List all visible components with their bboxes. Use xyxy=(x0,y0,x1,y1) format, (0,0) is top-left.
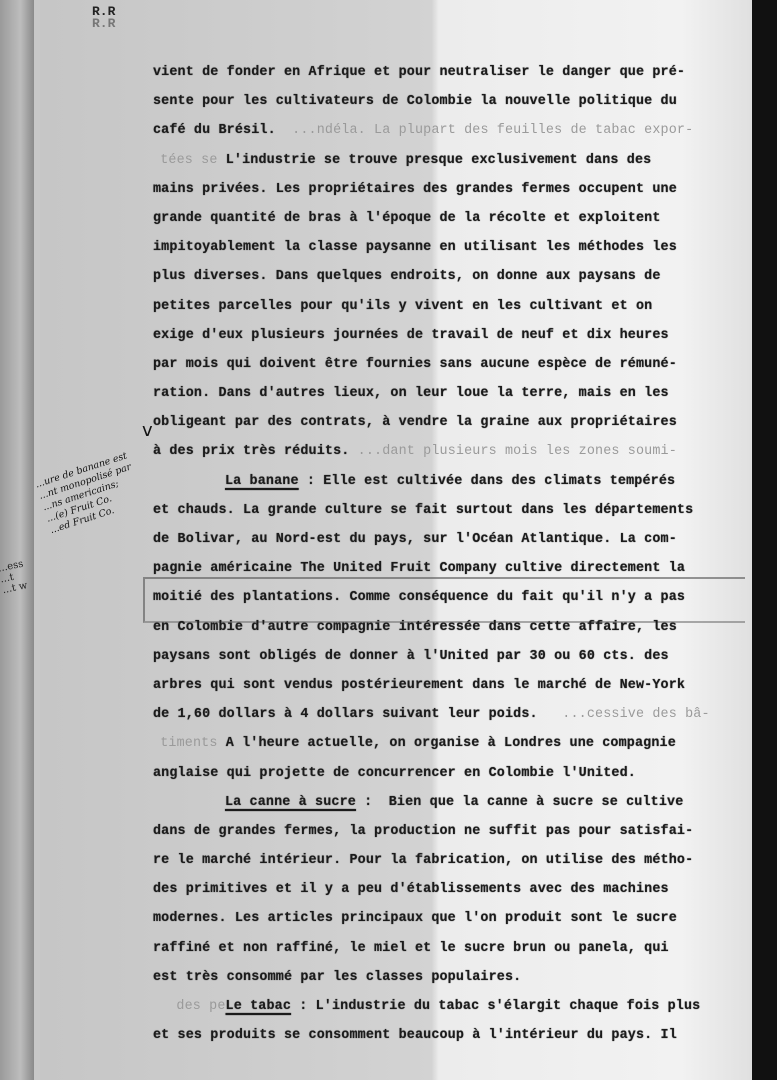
line-text: ration. Dans d'autres lieux, on leur lou… xyxy=(153,386,669,401)
line-text: pagnie américaine The United Fruit Compa… xyxy=(153,561,685,576)
text-line: moitié des plantations. Comme conséquenc… xyxy=(153,583,743,612)
text-line: et chauds. La grande culture se fait sur… xyxy=(153,496,743,525)
text-line: ration. Dans d'autres lieux, on leur lou… xyxy=(153,379,743,408)
line-text: café du Brésil. xyxy=(153,123,276,138)
section-heading: Le tabac xyxy=(226,999,292,1014)
text-line: anglaise qui projette de concurrencer en… xyxy=(153,759,743,788)
line-text: des primitives et il y a peu d'établisse… xyxy=(153,882,669,897)
typewritten-body: vient de fonder en Afrique et pour neutr… xyxy=(153,58,743,1050)
text-line: paysans sont obligés de donner à l'Unite… xyxy=(153,642,743,671)
line-text: impitoyablement la classe paysanne en ut… xyxy=(153,240,677,255)
line-text: : L'industrie du tabac s'élargit chaque … xyxy=(291,999,700,1014)
line-text: est très consommé par les classes popula… xyxy=(153,970,521,985)
right-film-edge xyxy=(752,0,777,1080)
section-heading: La canne à sucre xyxy=(225,795,356,810)
line-text: par mois qui doivent être fournies sans … xyxy=(153,357,677,372)
line-text: A l'heure actuelle, on organise à Londre… xyxy=(226,736,676,751)
line-text: et chauds. La grande culture se fait sur… xyxy=(153,503,693,518)
text-line: par mois qui doivent être fournies sans … xyxy=(153,350,743,379)
bleed-through-text: ...ndéla. La plupart des feuilles de tab… xyxy=(276,123,693,138)
bleed-through-text: ...cessive des bâ- xyxy=(538,707,710,722)
line-text: L'industrie se trouve presque exclusivem… xyxy=(226,153,652,168)
left-film-edge xyxy=(0,0,34,1080)
line-text: de 1,60 dollars à 4 dollars suivant leur… xyxy=(153,707,538,722)
line-text: obligeant par des contrats, à vendre la … xyxy=(153,415,677,430)
line-text: anglaise qui projette de concurrencer en… xyxy=(153,766,636,781)
line-text: à des prix très réduits. xyxy=(153,444,349,459)
text-line: dans de grandes fermes, la production ne… xyxy=(153,817,743,846)
line-text: grande quantité de bras à l'époque de la… xyxy=(153,211,661,226)
line-text: exige d'eux plusieurs journées de travai… xyxy=(153,328,669,343)
text-line: petites parcelles pour qu'ils y vivent e… xyxy=(153,292,743,321)
text-line: mains privées. Les propriétaires des gra… xyxy=(153,175,743,204)
check-mark-icon: v xyxy=(142,420,153,441)
line-text: sente pour les cultivateurs de Colombie … xyxy=(153,94,677,109)
line-text: et ses produits se consomment beaucoup à… xyxy=(153,1028,677,1043)
bleed-through-text: tées se xyxy=(160,153,226,168)
text-line: raffiné et non raffiné, le miel et le su… xyxy=(153,934,743,963)
line-text: : Elle est cultivée dans des climats tem… xyxy=(299,474,676,489)
line-text: moitié des plantations. Comme conséquenc… xyxy=(153,590,685,605)
line-text: re le marché intérieur. Pour la fabricat… xyxy=(153,853,693,868)
line-text: vient de fonder en Afrique et pour neutr… xyxy=(153,65,685,80)
text-line: est très consommé par les classes popula… xyxy=(153,963,743,992)
line-text: en Colombie d'autre compagnie intéressée… xyxy=(153,620,677,635)
text-line: en Colombie d'autre compagnie intéressée… xyxy=(153,613,743,642)
text-line: obligeant par des contrats, à vendre la … xyxy=(153,408,743,437)
text-line: La canne à sucre : Bien que la canne à s… xyxy=(153,788,743,817)
text-line: re le marché intérieur. Pour la fabricat… xyxy=(153,846,743,875)
text-line: de 1,60 dollars à 4 dollars suivant leur… xyxy=(153,700,743,729)
text-line: grande quantité de bras à l'époque de la… xyxy=(153,204,743,233)
text-line: de Bolivar, au Nord-est du pays, sur l'O… xyxy=(153,525,743,554)
left-edge-annotation: ...ess...t...t w xyxy=(0,557,37,596)
line-text: de Bolivar, au Nord-est du pays, sur l'O… xyxy=(153,532,677,547)
line-text: mains privées. Les propriétaires des gra… xyxy=(153,182,677,197)
page-reference: R.R R.R xyxy=(92,6,115,30)
text-line: vient de fonder en Afrique et pour neutr… xyxy=(153,58,743,87)
line-text: dans de grandes fermes, la production ne… xyxy=(153,824,693,839)
bleed-through-text: ...dant plusieurs mois les zones soumi- xyxy=(349,444,676,459)
text-line: timents A l'heure actuelle, on organise … xyxy=(88,729,743,758)
text-line: café du Brésil. ...ndéla. La plupart des… xyxy=(153,116,743,145)
text-line: impitoyablement la classe paysanne en ut… xyxy=(153,233,743,262)
text-line: des peLe tabac : L'industrie du tabac s'… xyxy=(104,992,743,1021)
line-text: modernes. Les articles principaux que l'… xyxy=(153,911,677,926)
text-line: modernes. Les articles principaux que l'… xyxy=(153,904,743,933)
line-text: arbres qui sont vendus postérieurement d… xyxy=(153,678,685,693)
text-line: sente pour les cultivateurs de Colombie … xyxy=(153,87,743,116)
line-text: : Bien que la canne à sucre se cultive xyxy=(356,795,683,810)
text-line: tées se L'industrie se trouve presque ex… xyxy=(88,146,743,175)
text-line: à des prix très réduits. ...dant plusieu… xyxy=(153,437,743,466)
line-text: plus diverses. Dans quelques endroits, o… xyxy=(153,269,661,284)
bleed-through-text: timents xyxy=(160,736,226,751)
text-line: La banane : Elle est cultivée dans des c… xyxy=(153,467,743,496)
text-line: exige d'eux plusieurs journées de travai… xyxy=(153,321,743,350)
section-heading: La banane xyxy=(225,474,299,489)
text-line: et ses produits se consomment beaucoup à… xyxy=(153,1021,743,1050)
line-text: paysans sont obligés de donner à l'Unite… xyxy=(153,649,669,664)
text-line: pagnie américaine The United Fruit Compa… xyxy=(153,554,743,583)
line-text: petites parcelles pour qu'ils y vivent e… xyxy=(153,299,652,314)
bleed-through-text: des pe xyxy=(176,999,225,1014)
line-text: raffiné et non raffiné, le miel et le su… xyxy=(153,941,669,956)
text-line: des primitives et il y a peu d'établisse… xyxy=(153,875,743,904)
text-line: arbres qui sont vendus postérieurement d… xyxy=(153,671,743,700)
text-line: plus diverses. Dans quelques endroits, o… xyxy=(153,262,743,291)
